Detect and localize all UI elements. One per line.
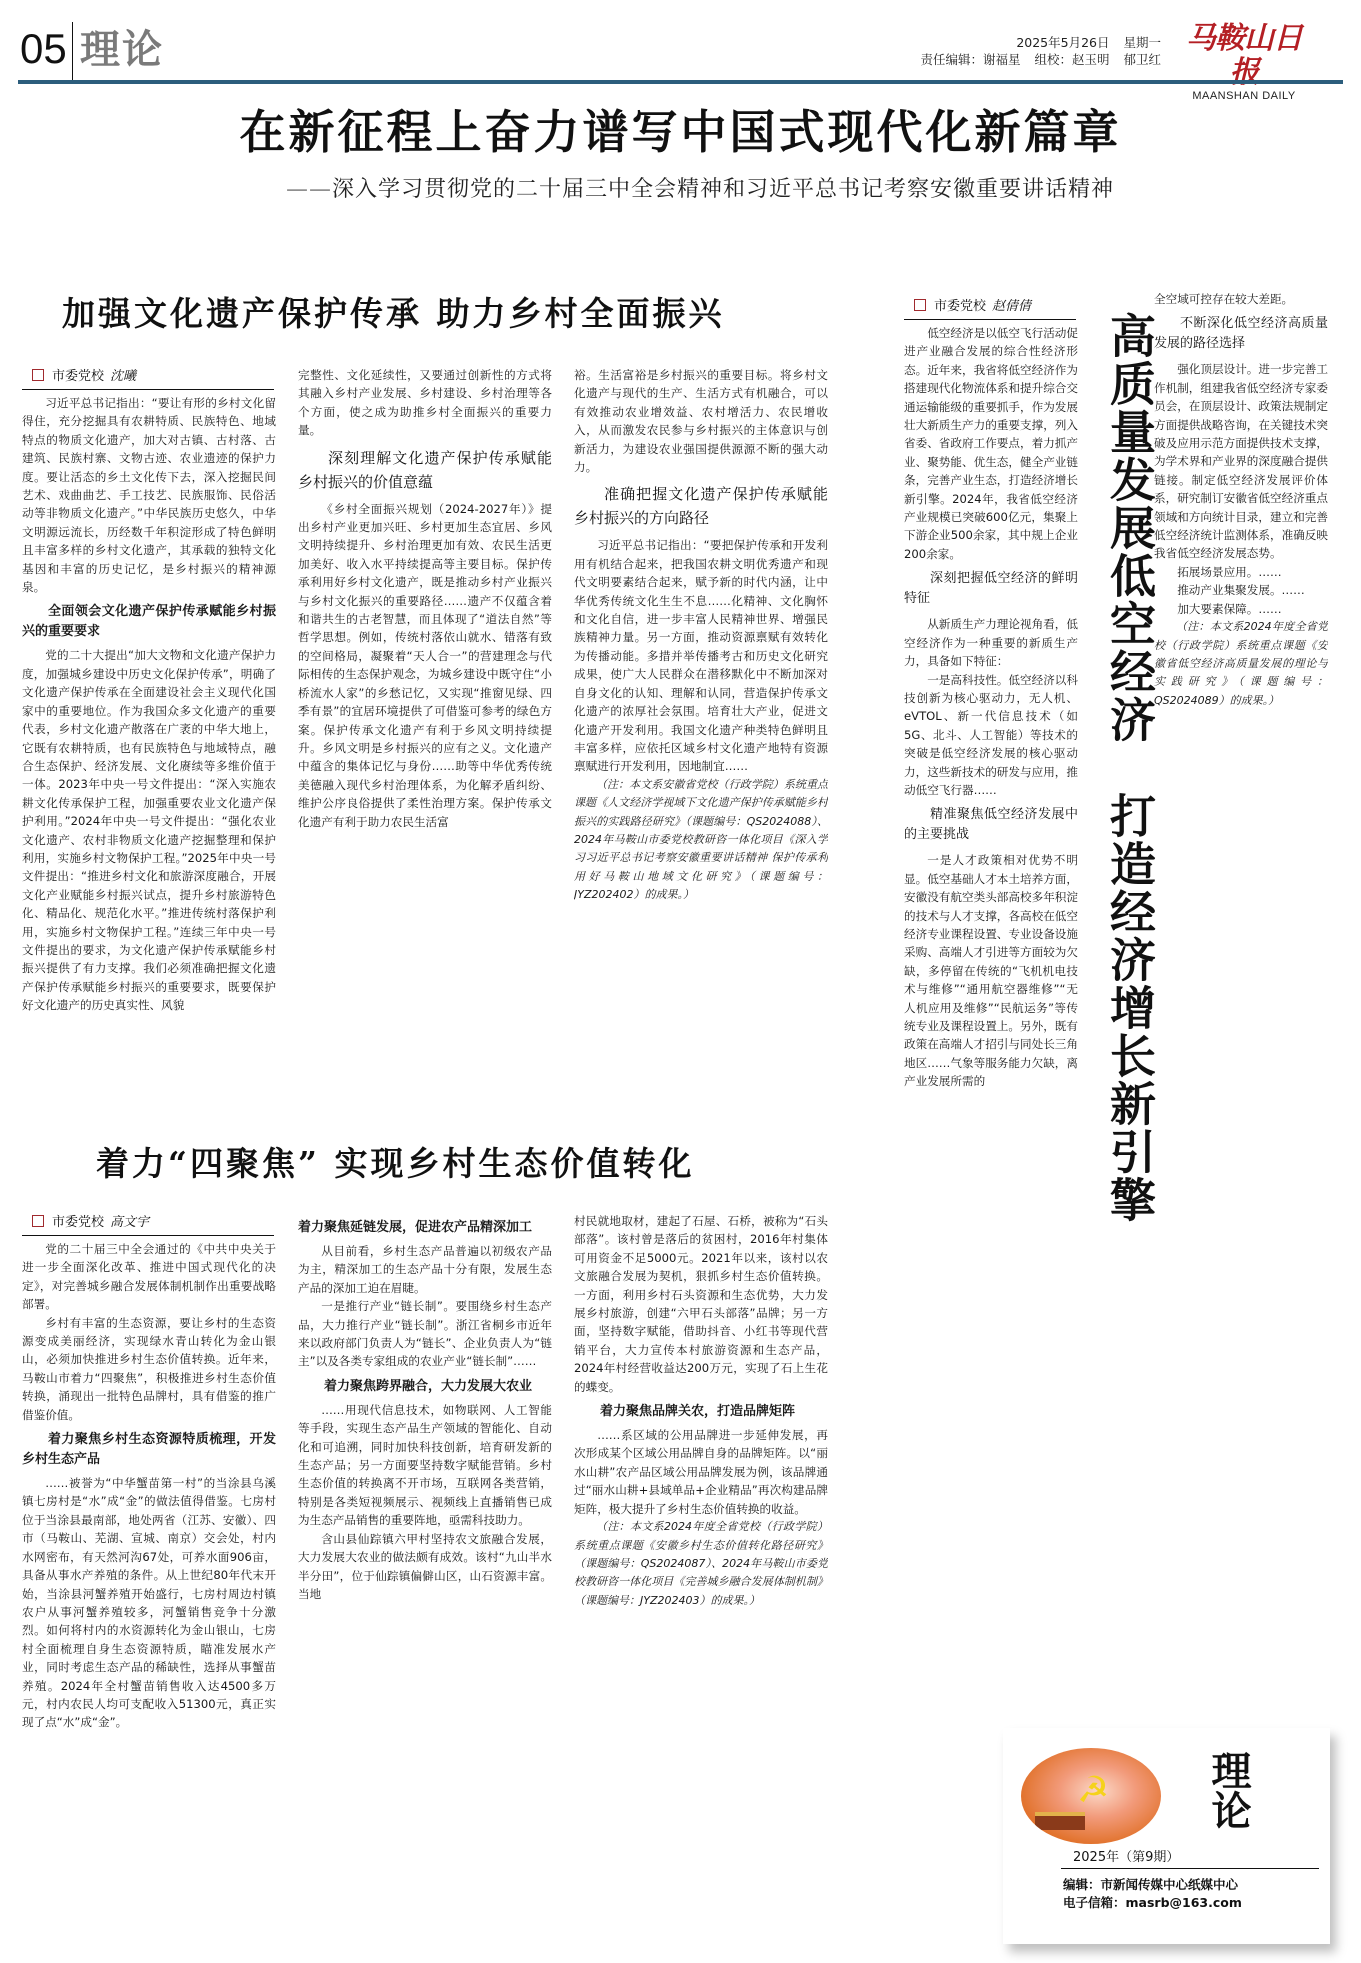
article3-subhead-2: 精准聚焦低空经济发展中的主要挑战 [904, 805, 1078, 845]
logo-english: MAANSHAN DAILY [1179, 90, 1309, 102]
byline-org: 市委党校 [52, 369, 104, 384]
issue-weekday: 星期一 [1123, 35, 1161, 50]
article2-title: 着力“四聚焦” 实现乡村生态价值转化 [96, 1144, 694, 1184]
article2-note: （注：本文系2024年度全省党校（行政学院）系统重点课题《安徽乡村生态价值转化路… [574, 1518, 828, 1610]
article1-note: （注：本文系安徽省党校（行政学院）系统重点课题《人文经济学视域下文化遗产保护传承… [574, 776, 828, 905]
article2-subhead-2: 着力聚焦延链发展，促进农产品精深加工 [298, 1218, 552, 1238]
article3-byline: 市委党校赵倩倩 [904, 298, 1076, 320]
article3-column-1: 低空经济是以低空飞行活动促进产业融合发展的综合性经济形态。近年来，我省将低空经济… [904, 324, 1078, 1724]
byline-author: 高文宇 [110, 1215, 149, 1230]
article1-subhead-3: 准确把握文化遗产保护传承赋能乡村振兴的方向路径 [574, 482, 828, 530]
page-subheadline: ——深入学习贯彻党的二十届三中全会精神和习近平总书记考察安徽重要讲话精神 [40, 172, 1360, 203]
promo-vertical-label: 理论 [1203, 1750, 1253, 1830]
page-number: 05 [20, 28, 67, 70]
article2-column-1: 党的二十届三中全会通过的《中共中央关于进一步全面深化改革、推进中国式现代化的决定… [22, 1240, 276, 1940]
byline-box-icon [32, 369, 44, 381]
article2-byline: 市委党校高文宇 [22, 1214, 274, 1236]
byline-box-icon [914, 299, 926, 311]
article1-subhead-2: 深刻理解文化遗产保护传承赋能乡村振兴的价值意蕴 [298, 446, 552, 494]
article1-subhead-1: 全面领会文化遗产保护传承赋能乡村振兴的重要要求 [22, 602, 276, 642]
byline-author: 沈曦 [110, 369, 136, 384]
page-headline: 在新征程上奋力谱写中国式现代化新篇章 [0, 104, 1361, 160]
article2-subhead-4: 着力聚焦品牌关农，打造品牌矩阵 [574, 1402, 828, 1422]
article3-column-2: 全空域可控存在较大差距。 不断深化低空经济高质量发展的路径选择 强化顶层设计。进… [1154, 290, 1328, 1690]
article2-subhead-1: 着力聚焦乡村生态资源特质梳理，开发乡村生态产品 [22, 1430, 276, 1470]
masthead: 05 理论 2025年5月26日星期一 责任编辑：谢福星组校：赵玉明郁卫红 马鞍… [0, 0, 1361, 84]
proofreader-credit: 组校：赵玉明 [1034, 52, 1109, 67]
masthead-rule [18, 80, 1343, 84]
theory-column-promo: ☭ 理论 2025年（第9期） 编辑：市新闻传媒中心纸媒中心 电子信箱：masr… [1003, 1728, 1330, 1944]
article3-subhead-1: 深刻把握低空经济的鲜明特征 [904, 569, 1078, 609]
article1-byline: 市委党校沈曦 [22, 368, 274, 390]
article2-column-2: 着力聚焦延链发展，促进农产品精深加工 从目前看，乡村生态产品普遍以初级农产品为主… [298, 1212, 552, 1940]
promo-email-line: 电子信箱：masrb@163.com [1063, 1894, 1242, 1912]
promo-editor-info: 编辑：市新闻传媒中心纸媒中心 电子信箱：masrb@163.com [1063, 1876, 1242, 1912]
article1-column-2: 完整性、文化延续性，又要通过创新性的方式将其融入乡村产业发展、乡村建设、乡村治理… [298, 366, 552, 1060]
section-name: 理论 [80, 28, 164, 72]
promo-issue-number: 2025年（第9期） [1073, 1846, 1179, 1865]
byline-org: 市委党校 [934, 299, 986, 314]
article2-subhead-3: 着力聚焦跨界融合，大力发展大农业 [298, 1377, 552, 1397]
newspaper-logo: 马鞍山日报 MAANSHAN DAILY [1179, 22, 1309, 102]
hammer-sickle-icon: ☭ [1077, 1770, 1109, 1811]
article3-vertical-title: 高质量发展低空经济 打造经济增长新引擎 [1096, 312, 1156, 1224]
page-separator [72, 22, 73, 80]
proofreader2-credit: 郁卫红 [1123, 52, 1161, 67]
article3-note: （注：本文系2024年度全省党校（行政学院）系统重点课题《安徽省低空经济高质量发… [1154, 618, 1328, 710]
byline-author: 赵倩倩 [992, 299, 1031, 314]
article1-title: 加强文化遗产保护传承 助力乡村全面振兴 [62, 294, 725, 334]
party-emblem-image: ☭ [1021, 1748, 1161, 1844]
article2-column-3: 村民就地取材，建起了石屋、石桥，被称为“石头部落”。该村曾是落后的贫困村，201… [574, 1212, 828, 1940]
editor-credit: 责任编辑：谢福星 [920, 52, 1020, 67]
promo-editor-line: 编辑：市新闻传媒中心纸媒中心 [1063, 1876, 1242, 1894]
byline-org: 市委党校 [52, 1215, 104, 1230]
article1-column-1: 习近平总书记指出：“要让有形的乡村文化留得住，充分挖掘具有农耕特质、民族特色、地… [22, 394, 276, 1044]
promo-divider [1061, 1868, 1319, 1869]
article1-column-3: 裕。生活富裕是乡村振兴的重要目标。将乡村文化遗产与现代的生产、生活方式有机融合，… [574, 366, 828, 1060]
article3-subhead-3: 不断深化低空经济高质量发展的路径选择 [1154, 314, 1328, 354]
issue-info: 2025年5月26日星期一 责任编辑：谢福星组校：赵玉明郁卫红 [906, 34, 1161, 68]
byline-box-icon [32, 1215, 44, 1227]
issue-date: 2025年5月26日 [1016, 35, 1109, 50]
tiananmen-icon [1035, 1812, 1085, 1830]
